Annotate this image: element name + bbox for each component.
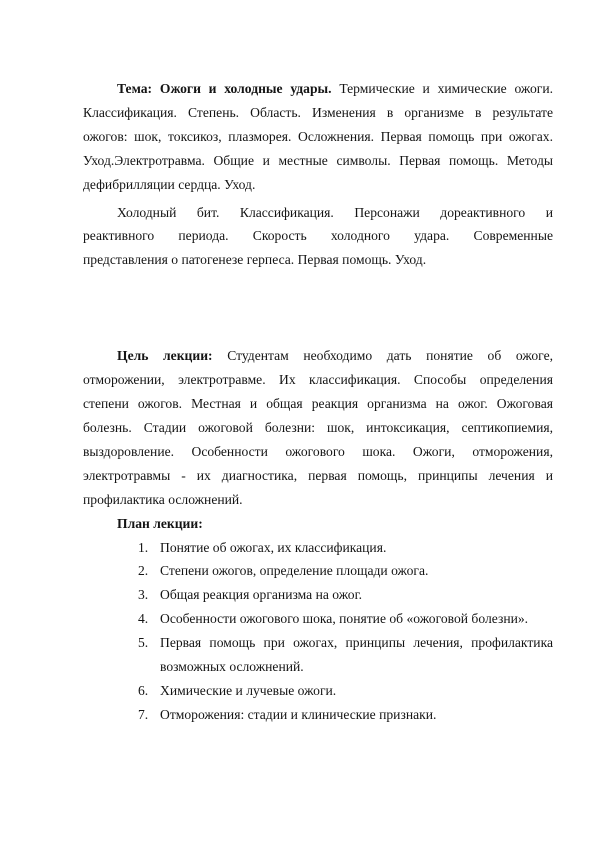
text-line: Особенности ожогового шока, понятие об «… (160, 607, 553, 631)
text-line: возможных осложнений. (160, 655, 553, 679)
plan-item-text: Химические и лучевые ожоги. (160, 679, 553, 703)
plan-item-text: Отморожения: стадии и клинические призна… (160, 703, 553, 727)
text-line: Понятие об ожогах, их классификация. (160, 536, 553, 560)
text-line: Холодный бит. Классификация. Персонажи д… (83, 201, 553, 225)
text-line: представления о патогенезе герпеса. Перв… (83, 248, 553, 272)
text-line: Классификация. Степень. Область. Изменен… (83, 101, 553, 125)
paragraph-topic: Тема: Ожоги и холодные удары. Термически… (83, 77, 553, 197)
text-line: Степени ожогов, определение площади ожог… (160, 559, 553, 583)
plan-item-number: 1. (138, 536, 160, 560)
plan-item-text: Особенности ожогового шока, понятие об «… (160, 607, 553, 631)
document-page: Тема: Ожоги и холодные удары. Термически… (0, 0, 596, 842)
text-line: электротравмы - их диагностика, первая п… (83, 464, 553, 488)
plan-heading: План лекции: (83, 512, 553, 536)
text-line: степени ожогов. Местная и общая реакция … (83, 392, 553, 416)
plan-item-text: Первая помощь при ожогах, принципы лечен… (160, 631, 553, 679)
text-line: Отморожения: стадии и клинические призна… (160, 703, 553, 727)
text-line: отморожении, электротравме. Их классифик… (83, 368, 553, 392)
text-line: Первая помощь при ожогах, принципы лечен… (160, 631, 553, 655)
text-line: дефибрилляции сердца. Уход. (83, 173, 553, 197)
goal-label: Цель лекции: (117, 348, 213, 363)
text-line: Тема: Ожоги и холодные удары. Термически… (83, 77, 553, 101)
plan-item-number: 2. (138, 559, 160, 583)
text-line: профилактика осложнений. (83, 488, 553, 512)
plan-item-number: 7. (138, 703, 160, 727)
plan-item-number: 5. (138, 631, 160, 655)
text-line: ожогов: шок, токсикоз, плазморея. Осложн… (83, 125, 553, 149)
plan-list: 1. Понятие об ожогах, их классификация. … (83, 536, 553, 727)
goal-line1-rest: Студентам необходимо дать понятие об ожо… (227, 348, 553, 363)
plan-item: 6. Химические и лучевые ожоги. (83, 679, 553, 703)
plan-item-text: Понятие об ожогах, их классификация. (160, 536, 553, 560)
text-line: Общая реакция организма на ожог. (160, 583, 553, 607)
plan-item: 3. Общая реакция организма на ожог. (83, 583, 553, 607)
plan-item: 1. Понятие об ожогах, их классификация. (83, 536, 553, 560)
topic-line1-rest: Термические и химические ожоги. (339, 81, 553, 96)
paragraph-goal: Цель лекции: Студентам необходимо дать п… (83, 344, 553, 511)
text-line: выздоровление. Особенности ожогового шок… (83, 440, 553, 464)
text-line: Цель лекции: Студентам необходимо дать п… (83, 344, 553, 368)
plan-item: 2. Степени ожогов, определение площади о… (83, 559, 553, 583)
document-content: Тема: Ожоги и холодные удары. Термически… (83, 77, 553, 727)
text-line: реактивного периода. Скорость холодного … (83, 224, 553, 248)
topic-label: Тема: Ожоги и холодные удары. (117, 81, 332, 96)
plan-item-text: Степени ожогов, определение площади ожог… (160, 559, 553, 583)
blank-gap (83, 272, 553, 344)
text-line: Химические и лучевые ожоги. (160, 679, 553, 703)
text-line: Уход.Электротравма. Общие и местные симв… (83, 149, 553, 173)
paragraph-cold: Холодный бит. Классификация. Персонажи д… (83, 201, 553, 273)
plan-item-number: 6. (138, 679, 160, 703)
text-line: болезнь. Стадии ожоговой болезни: шок, и… (83, 416, 553, 440)
plan-item: 7. Отморожения: стадии и клинические при… (83, 703, 553, 727)
plan-item-text: Общая реакция организма на ожог. (160, 583, 553, 607)
plan-item-number: 3. (138, 583, 160, 607)
plan-item-number: 4. (138, 607, 160, 631)
plan-item: 5. Первая помощь при ожогах, принципы ле… (83, 631, 553, 679)
plan-item: 4. Особенности ожогового шока, понятие о… (83, 607, 553, 631)
